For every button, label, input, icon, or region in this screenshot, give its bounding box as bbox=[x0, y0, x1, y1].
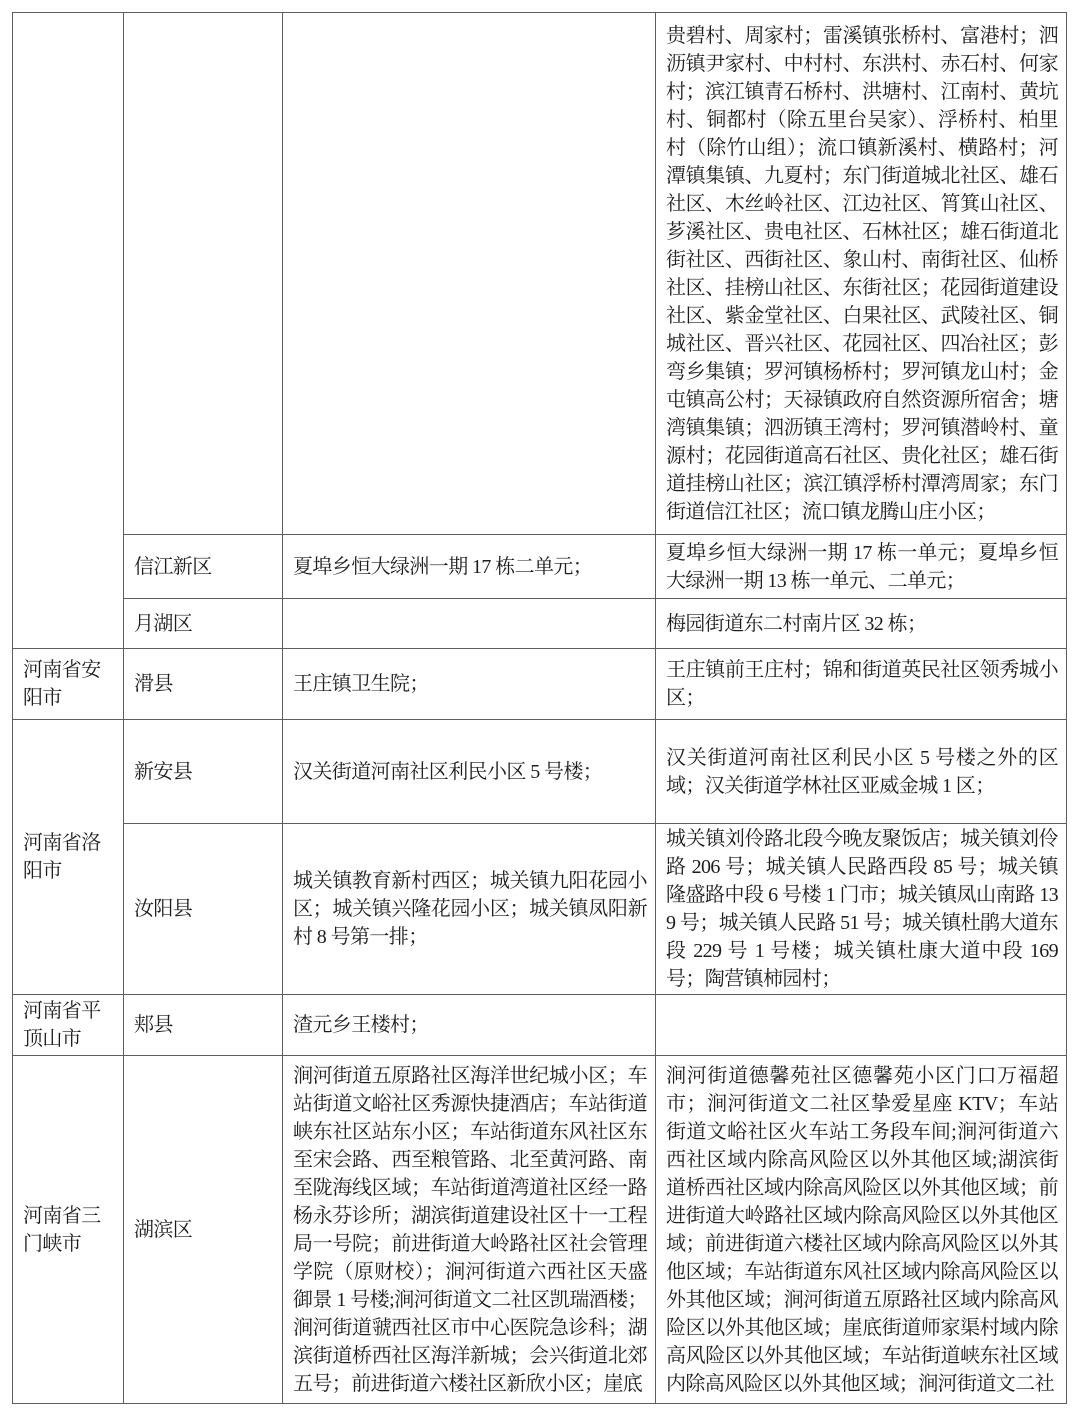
district-cell: 湖滨区 bbox=[124, 1056, 283, 1404]
medium-risk-areas-cell: 贵碧村、周家村；雷溪镇张桥村、富港村；泗沥镇尹家村、中村村、东洪村、赤石村、何家… bbox=[656, 13, 1067, 535]
medium-risk-areas-cell: 城关镇刘伶路北段今晚友聚饭店；城关镇刘伶路 206 号；城关镇人民路西段 85 … bbox=[656, 824, 1067, 995]
district-cell: 滑县 bbox=[124, 649, 283, 720]
high-risk-areas-cell bbox=[283, 599, 656, 649]
high-risk-areas-cell: 汉关街道河南社区利民小区 5 号楼； bbox=[283, 720, 656, 824]
district-cell bbox=[124, 13, 283, 535]
high-risk-areas-cell: 夏埠乡恒大绿洲一期 17 栋二单元； bbox=[283, 535, 656, 599]
table-row: 河南省平顶山市 郏县 渣元乡王楼村； bbox=[13, 995, 1067, 1056]
province-city-cell bbox=[13, 13, 124, 649]
district-cell: 汝阳县 bbox=[124, 824, 283, 995]
district-cell: 新安县 bbox=[124, 720, 283, 824]
district-cell: 信江新区 bbox=[124, 535, 283, 599]
district-cell: 月湖区 bbox=[124, 599, 283, 649]
high-risk-areas-cell: 王庄镇卫生院； bbox=[283, 649, 656, 720]
high-risk-areas-cell bbox=[283, 13, 656, 535]
medium-risk-areas-cell: 梅园街道东二村南片区 32 栋； bbox=[656, 599, 1067, 649]
high-risk-areas-cell: 涧河街道五原路社区海洋世纪城小区；车站街道文峪社区秀源快捷酒店；车站街道峡东社区… bbox=[283, 1056, 656, 1404]
table-row: 汝阳县 城关镇教育新村西区；城关镇九阳花园小区；城关镇兴隆花园小区；城关镇凤阳新… bbox=[13, 824, 1067, 995]
medium-risk-areas-cell bbox=[656, 995, 1067, 1056]
table-row: 信江新区 夏埠乡恒大绿洲一期 17 栋二单元； 夏埠乡恒大绿洲一期 17 栋一单… bbox=[13, 535, 1067, 599]
province-city-cell: 河南省三门峡市 bbox=[13, 1056, 124, 1404]
medium-risk-areas-cell: 王庄镇前王庄村；锦和街道英民社区领秀城小区； bbox=[656, 649, 1067, 720]
province-city-cell: 河南省洛阳市 bbox=[13, 720, 124, 995]
province-city-cell: 河南省安阳市 bbox=[13, 649, 124, 720]
table-row: 河南省洛阳市 新安县 汉关街道河南社区利民小区 5 号楼； 汉关街道河南社区利民… bbox=[13, 720, 1067, 824]
medium-risk-areas-cell: 汉关街道河南社区利民小区 5 号楼之外的区域；汉关街道学林社区亚威金城 1 区； bbox=[656, 720, 1067, 824]
risk-areas-table: 贵碧村、周家村；雷溪镇张桥村、富港村；泗沥镇尹家村、中村村、东洪村、赤石村、何家… bbox=[12, 12, 1067, 1404]
province-city-cell: 河南省平顶山市 bbox=[13, 995, 124, 1056]
table-row: 河南省三门峡市 湖滨区 涧河街道五原路社区海洋世纪城小区；车站街道文峪社区秀源快… bbox=[13, 1056, 1067, 1404]
table-row: 月湖区 梅园街道东二村南片区 32 栋； bbox=[13, 599, 1067, 649]
table-row: 河南省安阳市 滑县 王庄镇卫生院； 王庄镇前王庄村；锦和街道英民社区领秀城小区； bbox=[13, 649, 1067, 720]
high-risk-areas-cell: 城关镇教育新村西区；城关镇九阳花园小区；城关镇兴隆花园小区；城关镇凤阳新村 8 … bbox=[283, 824, 656, 995]
district-cell: 郏县 bbox=[124, 995, 283, 1056]
medium-risk-areas-cell: 涧河街道德馨苑社区德馨苑小区门口万福超市；涧河街道文二社区挚爱星座 KTV；车站… bbox=[656, 1056, 1067, 1404]
table-row: 贵碧村、周家村；雷溪镇张桥村、富港村；泗沥镇尹家村、中村村、东洪村、赤石村、何家… bbox=[13, 13, 1067, 535]
medium-risk-areas-cell: 夏埠乡恒大绿洲一期 17 栋一单元；夏埠乡恒大绿洲一期 13 栋一单元、二单元； bbox=[656, 535, 1067, 599]
high-risk-areas-cell: 渣元乡王楼村； bbox=[283, 995, 656, 1056]
document-page: 贵碧村、周家村；雷溪镇张桥村、富港村；泗沥镇尹家村、中村村、东洪村、赤石村、何家… bbox=[0, 0, 1080, 1412]
